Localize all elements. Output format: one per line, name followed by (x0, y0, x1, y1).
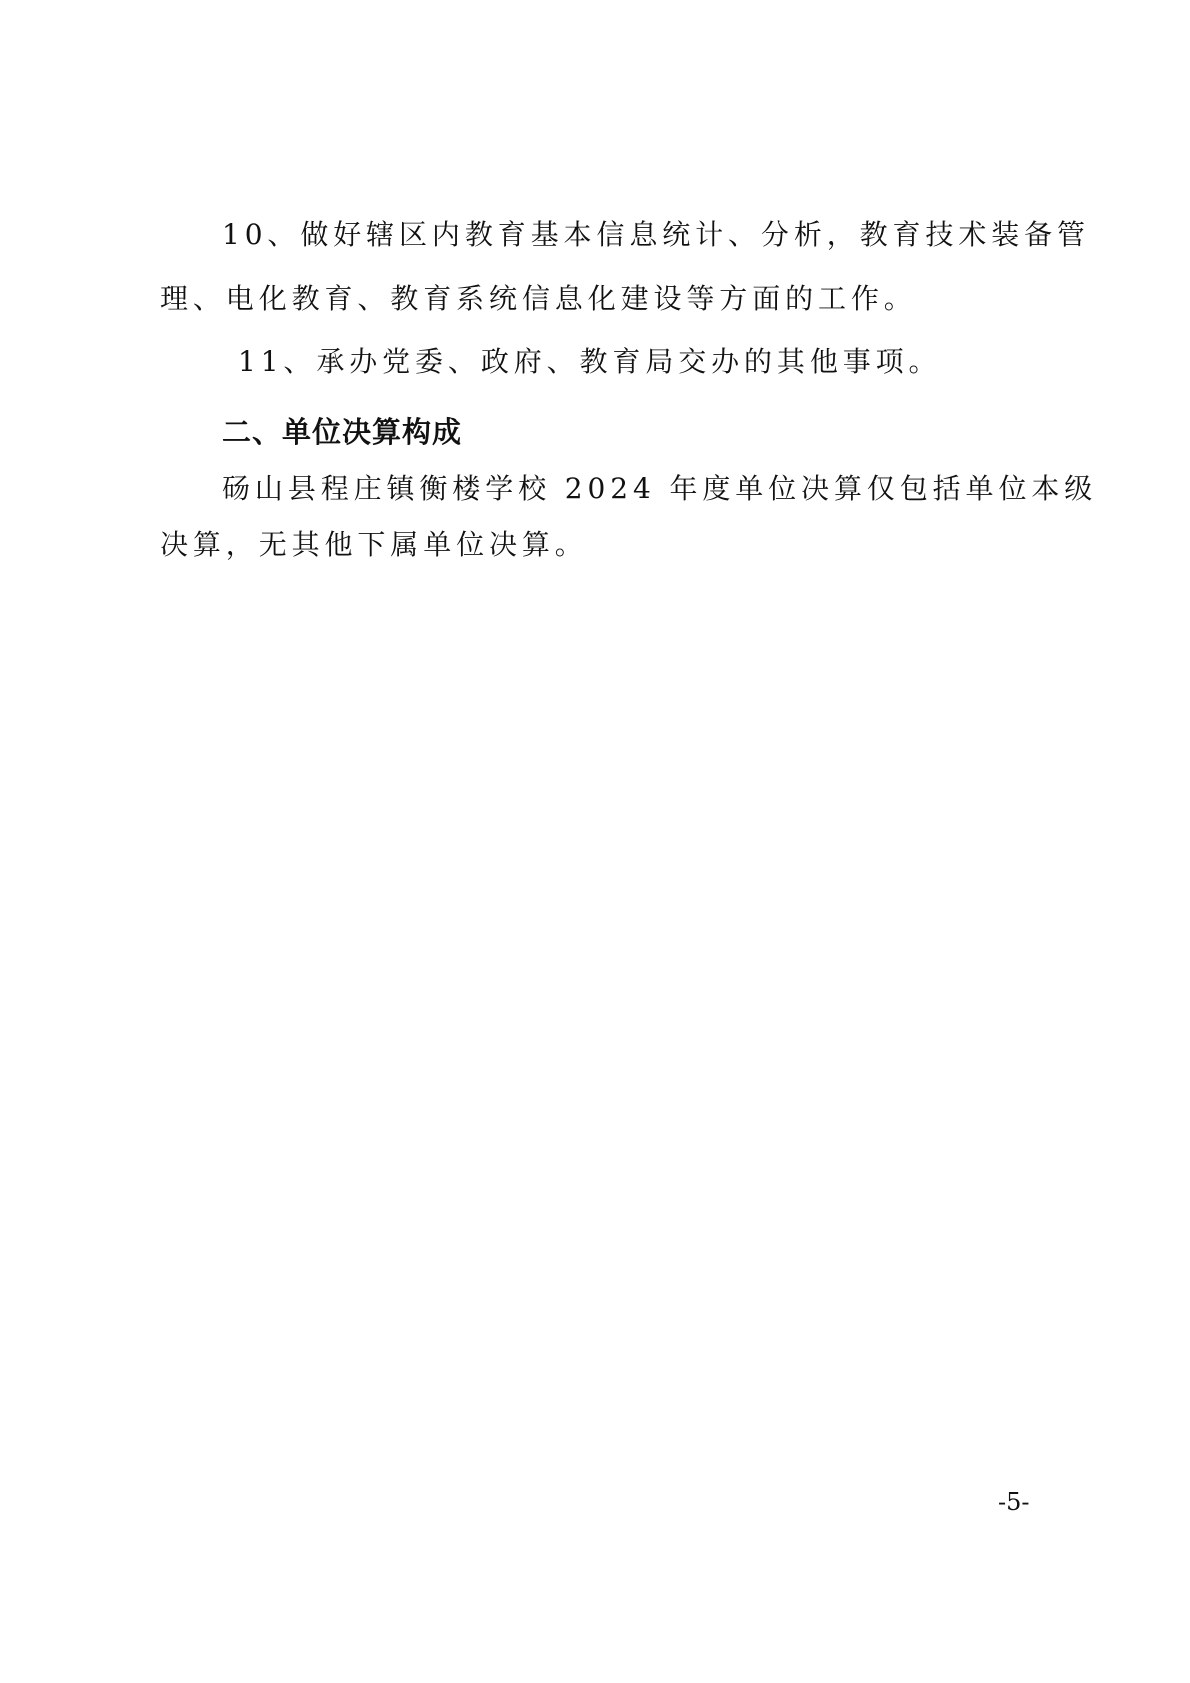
paragraph-item-11: 11、承办党委、政府、教育局交办的其他事项。 (238, 345, 941, 379)
section-paragraph-line-2: 决算，无其他下属单位决算。 (160, 528, 588, 562)
section-heading: 二、单位决算构成 (222, 415, 462, 449)
page-number: -5- (998, 1488, 1030, 1516)
paragraph-item-10-line-2: 理、电化教育、教育系统信息化建设等方面的工作。 (160, 282, 917, 316)
section-paragraph-line-1: 砀山县程庄镇衡楼学校 2024 年度单位决算仅包括单位本级 (222, 472, 1097, 506)
paragraph-item-10-line-1: 10、做好辖区内教育基本信息统计、分析，教育技术装备管 (222, 218, 1090, 252)
